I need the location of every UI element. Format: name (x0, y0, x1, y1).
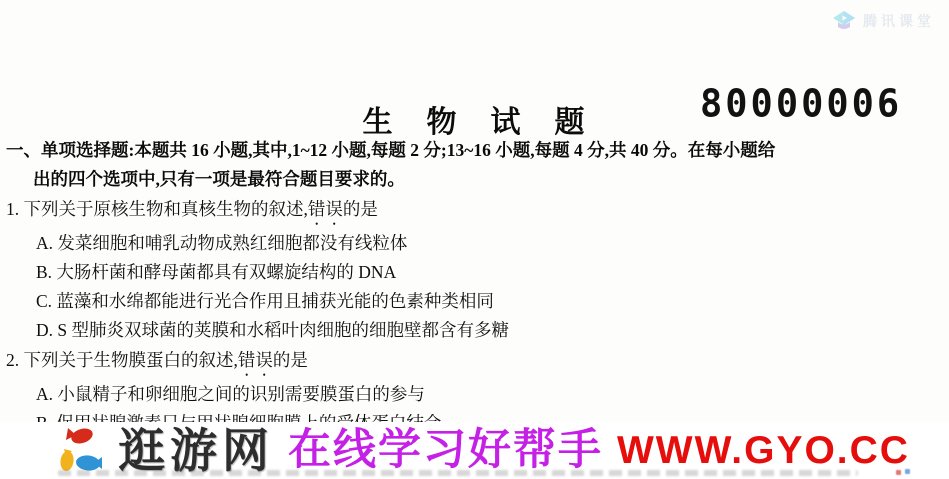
question-1-option-b: B. 大肠杆菌和酵母菌都具有双螺旋结构的 DNA (6, 258, 947, 287)
graduation-cap-play-icon (832, 10, 856, 32)
three-fish-logo-icon (56, 425, 104, 477)
stem-emphasized-text: 错误 (238, 350, 273, 370)
stem-emphasized-text: 错误 (308, 199, 343, 219)
blurred-footer-text-line (58, 470, 858, 476)
question-1-option-d: D. S 型肺炎双球菌的荚膜和水稻叶肉细胞的细胞壁都含有多糖 (6, 316, 947, 345)
question-1-stem: 1. 下列关于原核生物和真核生物的叙述,错误的是 (6, 195, 947, 229)
exam-page: 腾讯课堂 生 物 试 题 80000006 一、单项选择题:本题共 16 小题,… (0, 0, 949, 479)
footer-blue-speck (905, 469, 910, 474)
stem-text: 的是 (343, 199, 378, 219)
stem-text: 的是 (273, 350, 308, 370)
stem-text: 下列关于原核生物和真核生物的叙述, (19, 199, 308, 219)
question-number: 2. (6, 350, 19, 370)
question-number: 1. (6, 199, 19, 219)
question-1-option-c: C. 蓝藻和水绵都能进行光合作用且捕获光能的色素种类相同 (6, 287, 947, 316)
section-instructions-line2: 出的四个选项中,只有一项是最符合题目要求的。 (6, 165, 947, 194)
exam-code-stamp: 80000006 (700, 81, 902, 126)
exam-body: 一、单项选择题:本题共 16 小题,其中,1~12 小题,每题 2 分;13~1… (6, 136, 947, 438)
section-instructions-line1: 一、单项选择题:本题共 16 小题,其中,1~12 小题,每题 2 分;13~1… (6, 136, 947, 165)
question-1-option-a: A. 发菜细胞和哺乳动物成熟红细胞都没有线粒体 (6, 229, 947, 258)
question-2-stem: 2. 下列关于生物膜蛋白的叙述,错误的是 (6, 346, 947, 380)
watermark-site-name: 逛游网 (118, 427, 274, 474)
player-watermark-label: 腾讯课堂 (863, 11, 935, 31)
player-watermark: 腾讯课堂 (832, 10, 935, 32)
watermark-tagline: 在线学习好帮手 (288, 429, 603, 472)
stem-text: 下列关于生物膜蛋白的叙述, (19, 350, 238, 370)
question-2-option-a: A. 小鼠精子和卵细胞之间的识别需要膜蛋白的参与 (6, 380, 947, 409)
footer-red-speck (896, 470, 901, 475)
watermark-site-url: WWW.GYO.CC (617, 431, 910, 470)
